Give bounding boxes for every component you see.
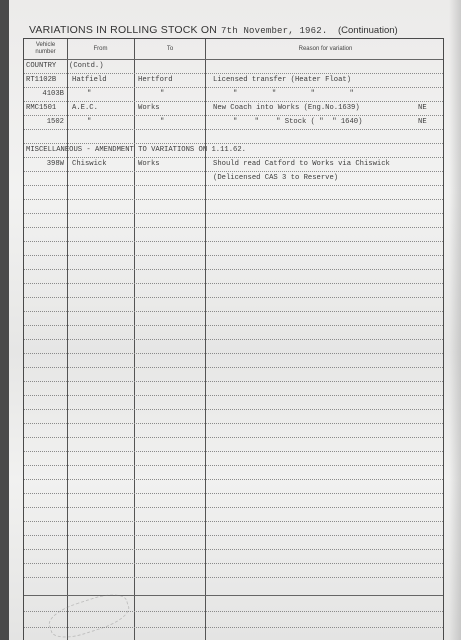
vehicle-number: 398W [24,157,64,171]
row-divider [24,493,443,494]
row-divider [24,549,443,550]
vehicle-number: 4103B [24,87,64,101]
row-divider [24,367,443,368]
header-from: From [67,39,134,59]
header-reason: Reason for variation [206,39,445,59]
row-divider [24,521,443,522]
reason-ditto: " " " Stock ( " " 1640) [233,115,362,129]
header-vehicle-number: Vehicle number [24,39,67,59]
note-ne: NE [418,101,427,115]
row-divider [24,297,443,298]
row-divider [24,241,443,242]
section-heading-contd: (Contd.) [69,59,104,73]
section-heading-country: COUNTRY [26,59,56,73]
document-title: VARIATIONS IN ROLLING STOCK ON7th Novemb… [29,24,327,36]
row-divider [24,423,443,424]
title-date: 7th November, 1962. [221,26,327,36]
reason-ditto: " " " " [233,87,354,101]
row-divider [24,563,443,564]
vehicle-number: 1502 [24,115,64,129]
row-divider [24,479,443,480]
reason-value: Licensed transfer (Heater Float) [213,73,351,87]
from-value: Hatfield [72,73,107,87]
variations-table: Vehicle number From To Reason for variat… [23,38,444,640]
row-divider [24,227,443,228]
row-divider [24,213,443,214]
vehicle-number: RT1102B [26,73,56,87]
from-value: A.E.C. [72,101,98,115]
to-ditto: " [160,115,164,129]
row-divider [24,283,443,284]
row-divider [24,577,443,578]
row-divider [24,507,443,508]
row-divider [24,199,443,200]
note-ne: NE [418,115,427,129]
row-divider [24,409,443,410]
from-ditto: " [87,115,91,129]
row-divider [24,535,443,536]
vehicle-number: RMC1501 [26,101,56,115]
to-value: Hertford [138,73,173,87]
row-divider [24,395,443,396]
reason-value: New Coach into Works (Eng.No.1639) [213,101,360,115]
from-value: Chiswick [72,157,107,171]
row-divider [24,465,443,466]
row-divider [24,255,443,256]
row-divider-bottom [24,595,443,596]
title-printed: VARIATIONS IN ROLLING STOCK ON [29,24,217,36]
continuation-label: (Continuation) [338,25,398,36]
section-heading-miscellaneous: MISCELLANEOUS - AMENDMENT TO VARIATIONS … [26,143,246,157]
row-divider [24,325,443,326]
row-divider [24,269,443,270]
row-divider [24,185,443,186]
from-ditto: " [87,87,91,101]
to-value: Works [138,157,160,171]
row-divider [24,353,443,354]
page-edge-shadow [449,0,461,640]
reason-value: (Delicensed CAS 3 to Reserve) [213,171,338,185]
reason-value: Should read Catford to Works via Chiswic… [213,157,390,171]
row-divider [24,339,443,340]
to-ditto: " [160,87,164,101]
row-divider [24,311,443,312]
row-divider [24,437,443,438]
header-to: To [134,39,206,59]
row-divider [24,129,443,130]
row-divider [24,451,443,452]
row-divider [24,381,443,382]
to-value: Works [138,101,160,115]
